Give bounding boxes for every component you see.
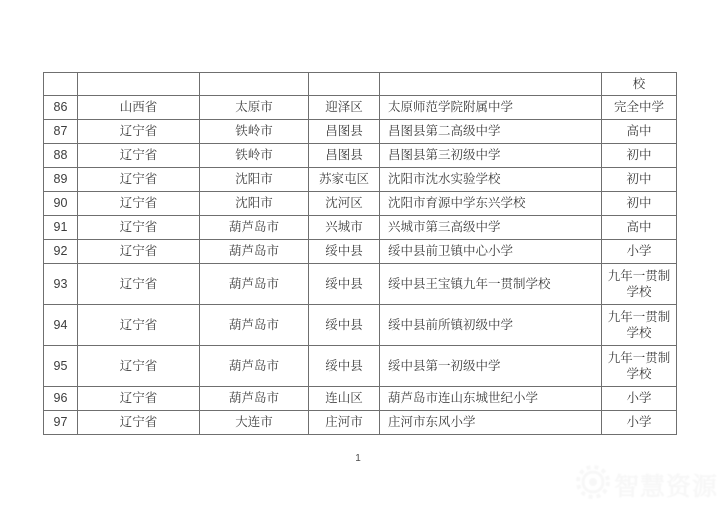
cell-school: 绥中县前卫镇中心小学 <box>380 240 602 264</box>
cell-city: 沈阳市 <box>200 168 309 192</box>
cell-type: 初中 <box>602 168 677 192</box>
page-number: 1 <box>340 453 376 464</box>
table-row: 88辽宁省铁岭市昌图县昌图县第三初级中学初中 <box>44 144 677 168</box>
cell-type: 九年一贯制学校 <box>602 346 677 387</box>
cell-city: 大连市 <box>200 411 309 435</box>
header-cell-type: 校 <box>602 73 677 96</box>
cell-type: 初中 <box>602 192 677 216</box>
table-row: 86山西省太原市迎泽区太原师范学院附属中学完全中学 <box>44 96 677 120</box>
table-row: 87辽宁省铁岭市昌图县昌图县第二高级中学高中 <box>44 120 677 144</box>
cell-no: 91 <box>44 216 78 240</box>
cell-no: 89 <box>44 168 78 192</box>
header-cell-no <box>44 73 78 96</box>
cell-school: 昌图县第二高级中学 <box>380 120 602 144</box>
cell-province: 辽宁省 <box>78 240 200 264</box>
cell-type: 小学 <box>602 387 677 411</box>
cell-district: 昌图县 <box>309 144 380 168</box>
cell-no: 95 <box>44 346 78 387</box>
cell-no: 87 <box>44 120 78 144</box>
cell-province: 辽宁省 <box>78 144 200 168</box>
cell-no: 94 <box>44 305 78 346</box>
cell-district: 绥中县 <box>309 264 380 305</box>
cell-no: 96 <box>44 387 78 411</box>
header-cell-province <box>78 73 200 96</box>
table-row: 97辽宁省大连市庄河市庄河市东风小学小学 <box>44 411 677 435</box>
table-row: 92辽宁省葫芦岛市绥中县绥中县前卫镇中心小学小学 <box>44 240 677 264</box>
cell-province: 辽宁省 <box>78 387 200 411</box>
table-row: 96辽宁省葫芦岛市连山区葫芦岛市连山东城世纪小学小学 <box>44 387 677 411</box>
cell-district: 沈河区 <box>309 192 380 216</box>
table-row: 93辽宁省葫芦岛市绥中县绥中县王宝镇九年一贯制学校九年一贯制学校 <box>44 264 677 305</box>
cell-province: 辽宁省 <box>78 346 200 387</box>
table-row: 94辽宁省葫芦岛市绥中县绥中县前所镇初级中学九年一贯制学校 <box>44 305 677 346</box>
cell-district: 庄河市 <box>309 411 380 435</box>
cell-school: 葫芦岛市连山东城世纪小学 <box>380 387 602 411</box>
cell-type: 完全中学 <box>602 96 677 120</box>
cell-province: 辽宁省 <box>78 264 200 305</box>
cell-district: 绥中县 <box>309 346 380 387</box>
cell-no: 88 <box>44 144 78 168</box>
cell-city: 葫芦岛市 <box>200 305 309 346</box>
cell-city: 葫芦岛市 <box>200 240 309 264</box>
cell-province: 辽宁省 <box>78 120 200 144</box>
cell-district: 绥中县 <box>309 240 380 264</box>
cell-city: 铁岭市 <box>200 120 309 144</box>
cell-no: 93 <box>44 264 78 305</box>
table-row: 89辽宁省沈阳市苏家屯区沈阳市沈水实验学校初中 <box>44 168 677 192</box>
cell-city: 铁岭市 <box>200 144 309 168</box>
table-row: 90辽宁省沈阳市沈河区沈阳市育源中学东兴学校初中 <box>44 192 677 216</box>
cell-school: 沈阳市育源中学东兴学校 <box>380 192 602 216</box>
cell-school: 绥中县王宝镇九年一贯制学校 <box>380 264 602 305</box>
cell-school: 绥中县前所镇初级中学 <box>380 305 602 346</box>
table-header-row: 校 <box>44 73 677 96</box>
cell-type: 初中 <box>602 144 677 168</box>
table-row: 91辽宁省葫芦岛市兴城市兴城市第三高级中学高中 <box>44 216 677 240</box>
cell-school: 庄河市东风小学 <box>380 411 602 435</box>
header-cell-school <box>380 73 602 96</box>
cell-school: 沈阳市沈水实验学校 <box>380 168 602 192</box>
cell-district: 连山区 <box>309 387 380 411</box>
cell-district: 苏家屯区 <box>309 168 380 192</box>
school-list-table: 校86山西省太原市迎泽区太原师范学院附属中学完全中学87辽宁省铁岭市昌图县昌图县… <box>43 72 677 435</box>
cell-no: 97 <box>44 411 78 435</box>
cell-district: 迎泽区 <box>309 96 380 120</box>
header-cell-city <box>200 73 309 96</box>
cell-no: 92 <box>44 240 78 264</box>
cell-district: 昌图县 <box>309 120 380 144</box>
cell-city: 沈阳市 <box>200 192 309 216</box>
cell-type: 小学 <box>602 411 677 435</box>
cell-city: 太原市 <box>200 96 309 120</box>
cell-city: 葫芦岛市 <box>200 346 309 387</box>
cell-city: 葫芦岛市 <box>200 387 309 411</box>
cell-type: 高中 <box>602 216 677 240</box>
header-cell-district <box>309 73 380 96</box>
document-page: 校86山西省太原市迎泽区太原师范学院附属中学完全中学87辽宁省铁岭市昌图县昌图县… <box>0 0 720 509</box>
cell-school: 绥中县第一初级中学 <box>380 346 602 387</box>
watermark: 智慧资源 <box>575 464 718 505</box>
watermark-text: 智慧资源 <box>614 467 718 503</box>
table-row: 95辽宁省葫芦岛市绥中县绥中县第一初级中学九年一贯制学校 <box>44 346 677 387</box>
cell-school: 兴城市第三高级中学 <box>380 216 602 240</box>
cell-province: 辽宁省 <box>78 216 200 240</box>
cell-province: 山西省 <box>78 96 200 120</box>
cell-province: 辽宁省 <box>78 192 200 216</box>
cell-district: 兴城市 <box>309 216 380 240</box>
cell-district: 绥中县 <box>309 305 380 346</box>
cell-type: 九年一贯制学校 <box>602 264 677 305</box>
cell-type: 九年一贯制学校 <box>602 305 677 346</box>
cell-province: 辽宁省 <box>78 411 200 435</box>
cell-city: 葫芦岛市 <box>200 264 309 305</box>
cell-city: 葫芦岛市 <box>200 216 309 240</box>
cell-type: 高中 <box>602 120 677 144</box>
cell-type: 小学 <box>602 240 677 264</box>
cell-province: 辽宁省 <box>78 168 200 192</box>
cell-no: 90 <box>44 192 78 216</box>
cell-no: 86 <box>44 96 78 120</box>
cell-school: 昌图县第三初级中学 <box>380 144 602 168</box>
cell-province: 辽宁省 <box>78 305 200 346</box>
cell-school: 太原师范学院附属中学 <box>380 96 602 120</box>
gear-logo-icon <box>575 464 611 505</box>
